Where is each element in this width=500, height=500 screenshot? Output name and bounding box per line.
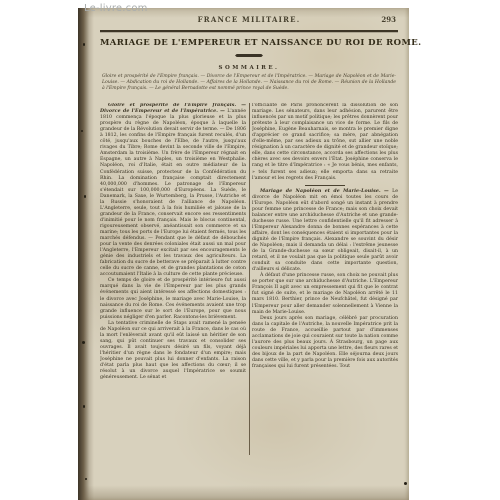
product-photo-canvas: { "watermark": "Le-livre.com", "colors":…: [0, 0, 500, 500]
paper-speck: [83, 43, 85, 46]
page-number: 293: [381, 15, 396, 24]
body-paragraph: À défaut d'une princesse russe, son choi…: [252, 273, 398, 315]
body-paragraph: La tentative criminelle de Staps avait r…: [100, 321, 246, 381]
body-paragraph: Deux jours après son mariage, célébré pa…: [252, 316, 398, 370]
body-column-right: l'officialité de Paris prononcèrent la d…: [252, 103, 398, 459]
sommaire-heading: SOMMAIRE.: [100, 65, 398, 71]
body-paragraph: Ce temps de gloire et de prospérité inté…: [100, 278, 246, 320]
paper-speck: [84, 195, 86, 198]
paragraph-lead: Gloire et prospérité de l'Empire françai…: [100, 103, 246, 114]
body-paragraph: Gloire et prospérité de l'Empire françai…: [100, 103, 246, 278]
paragraph-divider-rule: [305, 185, 345, 186]
ornament-divider: [235, 54, 263, 57]
running-head: FRANCE MILITAIRE. 293: [100, 15, 398, 27]
journal-title: FRANCE MILITAIRE.: [198, 15, 301, 24]
paper-speck: [404, 482, 407, 485]
sommaire-text: Gloire et prospérité de l'Empire françai…: [102, 74, 396, 92]
paper-speck: [83, 405, 85, 408]
paper-speck: [85, 478, 87, 480]
body-paragraph: Mariage de Napoléon et de Marie-Louise. …: [252, 189, 398, 274]
body-column-left: Gloire et prospérité de l'Empire françai…: [100, 103, 246, 459]
column-rule: [249, 103, 250, 455]
paper-speck: [81, 130, 83, 132]
page-content: FRANCE MILITAIRE. 293 MARIAGE DE L'EMPER…: [100, 8, 398, 500]
body-columns: Gloire et prospérité de l'Empire françai…: [100, 103, 398, 459]
scanned-book-page: FRANCE MILITAIRE. 293 MARIAGE DE L'EMPER…: [78, 8, 409, 500]
book-gutter-shadow: [78, 8, 94, 500]
header-rule: [100, 30, 398, 32]
body-paragraph: l'officialité de Paris prononcèrent la d…: [252, 103, 398, 182]
paragraph-lead: Mariage de Napoléon et de Marie-Louise. …: [260, 189, 392, 194]
paper-speck: [82, 341, 85, 344]
watermark-le-livre: Le-livre.com: [84, 3, 148, 14]
chapter-title: MARIAGE DE L'EMPEREUR ET NAISSANCE DU RO…: [100, 38, 398, 48]
